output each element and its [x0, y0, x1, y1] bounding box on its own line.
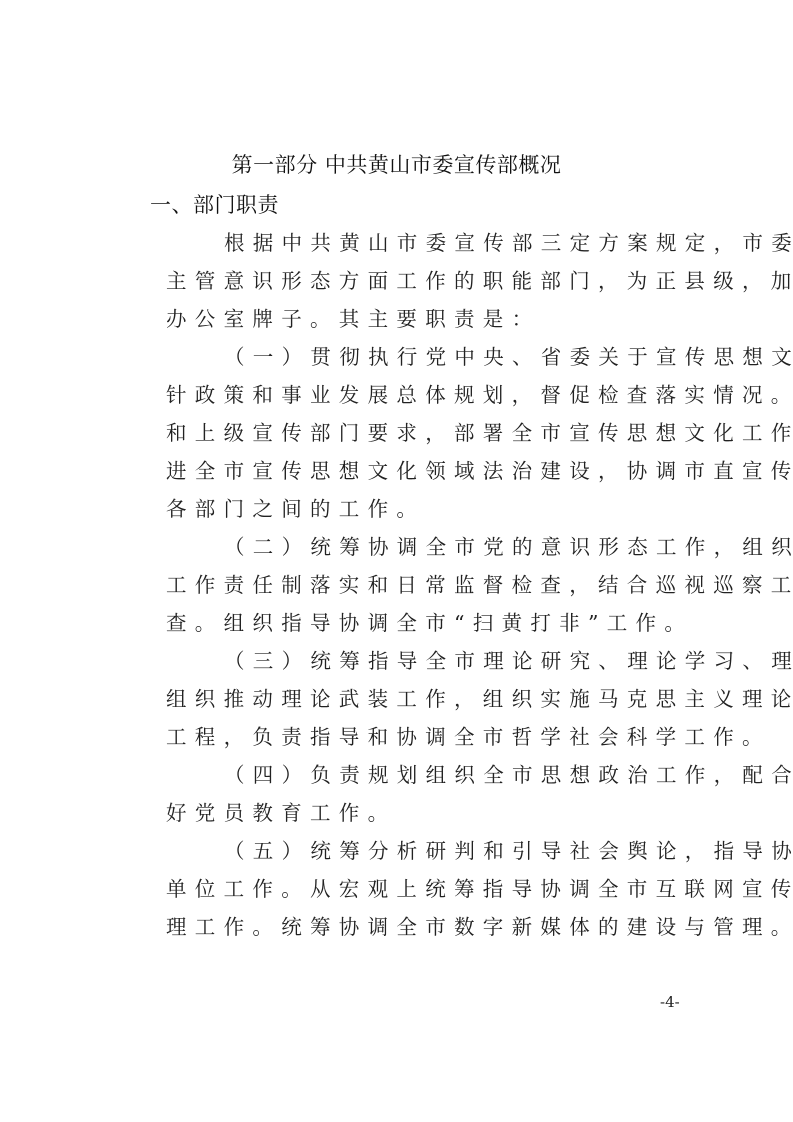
- text-line: 好党员教育工作。: [108, 794, 692, 832]
- document-body: 根据中共黄山市委宣传部三定方案规定，市委宣传部是市委 主管意识形态方面工作的职能…: [108, 224, 692, 946]
- paragraph-duty-4: （四）负责规划组织全市思想政治工作，配合市委组织部做 好党员教育工作。: [108, 756, 692, 832]
- text-line: 各部门之间的工作。: [108, 490, 692, 528]
- paragraph-duty-2: （二）统筹协调全市党的意识形态工作，组织协调意识形态 工作责任制落实和日常监督检…: [108, 528, 692, 642]
- text-line: 主管意识形态方面工作的职能部门，为正县级，加挂市政府新闻: [108, 262, 692, 300]
- text-line: 工程，负责指导和协调全市哲学社会科学工作。: [108, 718, 692, 756]
- paragraph-duty-1: （一）贯彻执行党中央、省委关于宣传思想文化工作重大方 针政策和事业发展总体规划，…: [108, 338, 692, 528]
- text-line: 查。组织指导协调全市“扫黄打非”工作。: [108, 604, 692, 642]
- text-line: 组织推动理论武装工作，组织实施马克思主义理论研究和建设设: [108, 680, 692, 718]
- text-line: 针政策和事业发展总体规划，督促检查落实情况。按照省、市委: [108, 376, 692, 414]
- text-line: 办公室牌子。其主要职责是：: [108, 300, 692, 338]
- page-number: -4-: [660, 992, 680, 1012]
- document-title: 第一部分 中共黄山市委宣传部概况: [0, 150, 793, 180]
- text-line: 理工作。统筹协调全市数字新媒体的建设与管理。: [108, 908, 692, 946]
- text-line: 进全市宣传思想文化领域法治建设，协调市直宣传思想文化系统: [108, 452, 692, 490]
- text-line: 单位工作。从宏观上统筹指导协调全市互联网宣传和信息内容管: [108, 870, 692, 908]
- section-heading: 一、部门职责: [150, 190, 279, 220]
- paragraph-duty-5: （五）统筹分析研判和引导社会舆论，指导协调市直各新闻 单位工作。从宏观上统筹指导…: [108, 832, 692, 946]
- text-line: （五）统筹分析研判和引导社会舆论，指导协调市直各新闻: [108, 832, 692, 870]
- text-line: 和上级宣传部门要求，部署全市宣传思想文化工作。统筹协调推: [108, 414, 692, 452]
- paragraph-intro: 根据中共黄山市委宣传部三定方案规定，市委宣传部是市委 主管意识形态方面工作的职能…: [108, 224, 692, 338]
- text-line: （三）统筹指导全市理论研究、理论学习、理论宣传工作，: [108, 642, 692, 680]
- text-line: （四）负责规划组织全市思想政治工作，配合市委组织部做: [108, 756, 692, 794]
- text-line: （二）统筹协调全市党的意识形态工作，组织协调意识形态: [108, 528, 692, 566]
- document-page: 第一部分 中共黄山市委宣传部概况 一、部门职责 根据中共黄山市委宣传部三定方案规…: [0, 0, 793, 1122]
- text-line: 工作责任制落实和日常监督检查，结合巡视巡察工作开展专项检: [108, 566, 692, 604]
- text-line: 根据中共黄山市委宣传部三定方案规定，市委宣传部是市委: [108, 224, 692, 262]
- text-line: （一）贯彻执行党中央、省委关于宣传思想文化工作重大方: [108, 338, 692, 376]
- paragraph-duty-3: （三）统筹指导全市理论研究、理论学习、理论宣传工作， 组织推动理论武装工作，组织…: [108, 642, 692, 756]
